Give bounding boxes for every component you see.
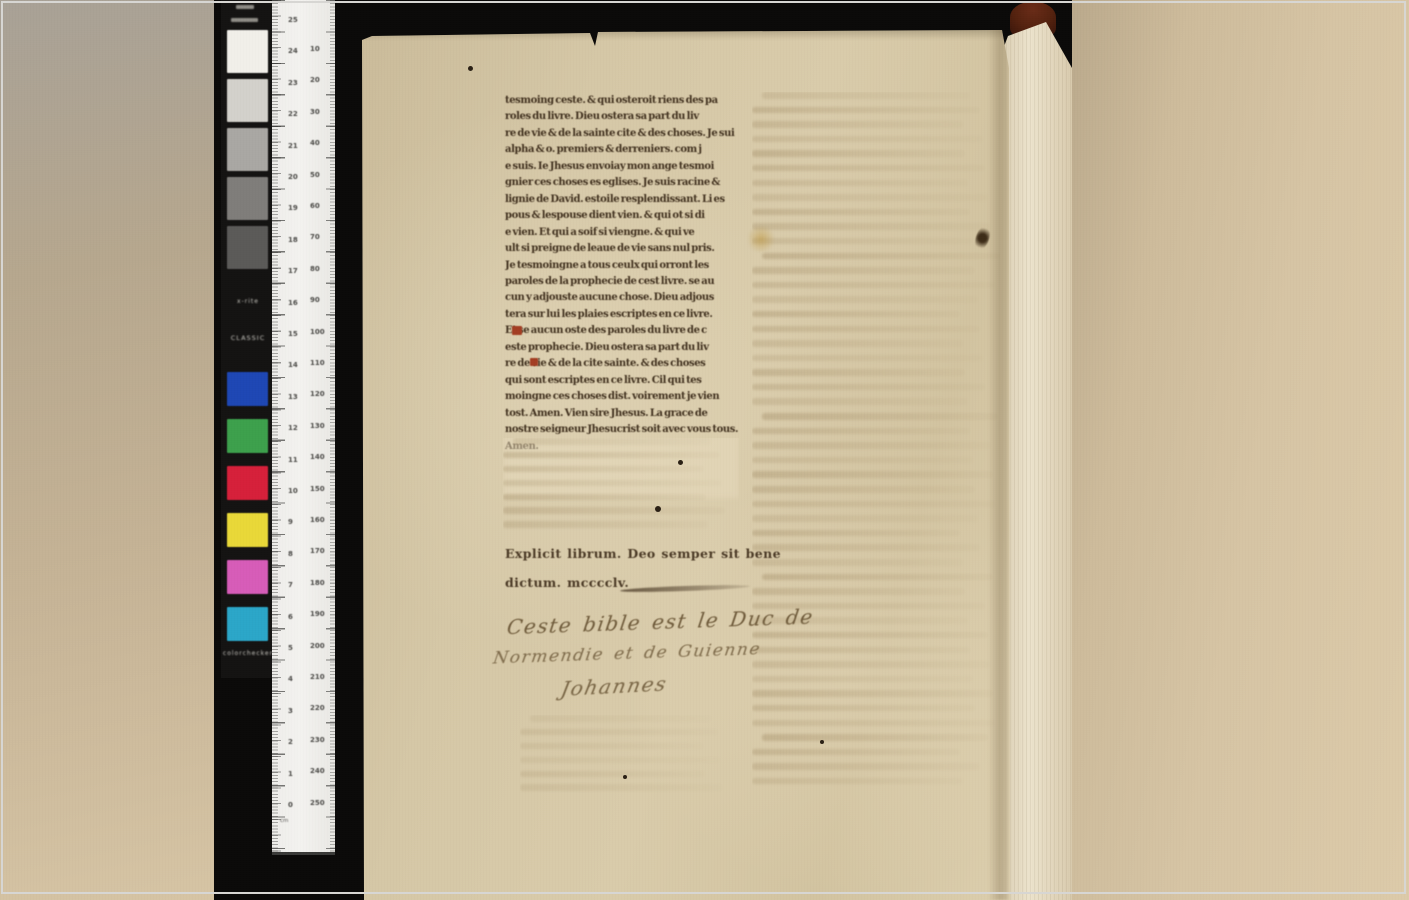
- ghost-text-line: [752, 384, 985, 391]
- calibration-top-mark: [236, 5, 254, 9]
- ruler-cm-number: 25: [288, 16, 298, 24]
- ghost-text-line: [520, 743, 703, 750]
- ruler-mm-number: 90: [310, 296, 320, 304]
- manuscript-text-line: Et se aucun oste des paroles du livre de…: [505, 323, 738, 339]
- manuscript-text-line: ult si preigne de leaue de vie sans nul …: [505, 241, 738, 257]
- color-patch-blue: [227, 372, 268, 406]
- ruler-mm-number: 40: [310, 139, 320, 147]
- ruler-mm-number: 30: [310, 108, 320, 116]
- manuscript-text-line: roles du livre. Dieu ostera sa part du l…: [505, 109, 738, 125]
- ghost-text-line: [752, 442, 990, 449]
- book-fore-edge-pages: [1002, 22, 1072, 900]
- ghost-text-line: [503, 480, 722, 487]
- ruler-cm-number: 9: [288, 518, 293, 526]
- ruler-mm-number: 60: [310, 202, 320, 210]
- manuscript-text-line: qui sont escriptes en ce livre. Cil qui …: [505, 373, 738, 389]
- showthrough-text-column: [752, 92, 1000, 800]
- calibration-label-brand: x-rite: [221, 298, 275, 305]
- ghost-text-line: [503, 494, 706, 501]
- ghost-text-line: [752, 471, 993, 478]
- ruler-mm-number: 150: [310, 485, 325, 493]
- ghost-text-line: [752, 486, 975, 493]
- ghost-text-line: [503, 507, 725, 514]
- ghost-text-line: [752, 326, 980, 333]
- ruler-cm-number: 15: [288, 330, 298, 338]
- ghost-text-line: [762, 253, 1000, 260]
- ruler-cm-number: 5: [288, 644, 293, 652]
- ruler-mm-number: 220: [310, 704, 325, 712]
- ruler-mm-number: 240: [310, 767, 325, 775]
- ruler-mm-number: 200: [310, 642, 325, 650]
- ruler-cm-number: 17: [288, 267, 298, 275]
- ghost-text-line: [752, 165, 985, 172]
- ruler-cm-number: 2: [288, 738, 293, 746]
- ghost-text-line: [752, 763, 980, 770]
- gray-patch-4: [227, 226, 268, 269]
- background-left-panel: [0, 0, 218, 900]
- ghost-text-line: [752, 107, 980, 114]
- ruler-cm-number: 23: [288, 79, 298, 87]
- photographic-ruler: 2524232221201918171615141312111098765432…: [272, 0, 335, 855]
- manuscript-text-line: tera sur lui les plaies escriptes en ce …: [505, 307, 738, 323]
- manuscript-text-line: este prophecie. Dieu ostera sa part du l…: [505, 340, 738, 356]
- ghost-text-line: [752, 267, 975, 274]
- ghost-text-line: [752, 515, 978, 522]
- gray-patch-3: [227, 177, 268, 220]
- ghost-text-line: [752, 690, 993, 697]
- ruler-cm-number: 3: [288, 707, 293, 715]
- ghost-text-line: [752, 369, 965, 376]
- ghost-text-line: [752, 778, 963, 785]
- ink-dot: [468, 66, 473, 71]
- ruler-mm-number: 160: [310, 516, 325, 524]
- manuscript-text-line: nostre seigneur Jhesucrist soit avec vou…: [505, 422, 738, 438]
- manuscript-text-line: tesmoing ceste. & qui osteroit riens des…: [505, 93, 738, 109]
- ghost-text-line: [752, 559, 963, 566]
- ghost-text-line: [752, 282, 995, 289]
- ruler-unit-label: cm: [280, 818, 288, 824]
- color-patch-yellow: [227, 513, 268, 547]
- ruler-mm-number: 70: [310, 233, 320, 241]
- manuscript-text-block: tesmoing ceste. & qui osteroit riens des…: [505, 93, 738, 455]
- ruler-cm-number: 1: [288, 770, 293, 778]
- ruler-cm-number: 16: [288, 299, 298, 307]
- ruler-mm-number: 210: [310, 673, 325, 681]
- ghost-text-line: [530, 715, 711, 722]
- ruler-cm-number: 20: [288, 173, 298, 181]
- parchment-page: tesmoing ceste. & qui osteroit riens des…: [362, 26, 1010, 900]
- ruler-cm-number: 6: [288, 613, 293, 621]
- ruler-cm-number: 14: [288, 361, 298, 369]
- ruler-mm-number: 230: [310, 736, 325, 744]
- ruler-cm-number: 12: [288, 424, 298, 432]
- ruler-cm-number: 24: [288, 47, 298, 55]
- ruler-mm-number: 110: [310, 359, 325, 367]
- signature-johannes: Johannes: [559, 671, 670, 700]
- ruler-cm-number: 21: [288, 142, 298, 150]
- colophon-line-1: Explicit librum. Deo semper sit bene: [505, 546, 735, 561]
- ghost-text-line: [752, 121, 963, 128]
- ruler-cm-number: 11: [288, 456, 298, 464]
- background-right-panel: [1066, 0, 1409, 900]
- ownership-inscription-line-2: Normendie et de Guienne: [492, 639, 763, 668]
- gray-patch-2: [227, 128, 268, 171]
- ghost-text-line: [752, 296, 978, 303]
- ink-dot: [678, 460, 683, 465]
- manuscript-text-line: paroles de la prophecie de cest livre. s…: [505, 274, 738, 290]
- manuscript-text-line: re de vie & de la sainte cite & des chos…: [505, 126, 738, 142]
- manuscript-text-line: tost. Amen. Vien sire Jhesus. La grace d…: [505, 406, 738, 422]
- color-patch-magenta: [227, 560, 268, 594]
- ghost-text-line: [752, 705, 975, 712]
- manuscript-text-line: gnier ces choses es eglises. Je suis rac…: [505, 175, 738, 191]
- ghost-text-line: [752, 544, 980, 551]
- ruler-mm-number: 130: [310, 422, 325, 430]
- ruler-mm-number: 180: [310, 579, 325, 587]
- ruler-mm-number: 190: [310, 610, 325, 618]
- ghost-text-line: [503, 466, 704, 473]
- ruler-cm-number: 13: [288, 393, 298, 401]
- ghost-text-line: [762, 734, 988, 741]
- ghost-text-line: [752, 194, 988, 201]
- ruler-mm-number: 10: [310, 45, 320, 53]
- ghost-text-line: [752, 676, 973, 683]
- ghost-text-line: [752, 209, 970, 216]
- ghost-text-line: [520, 784, 722, 791]
- ghost-text-line: [752, 457, 973, 464]
- ruler-mm-number: 80: [310, 265, 320, 273]
- ruler-mm-number: 250: [310, 799, 325, 807]
- manuscript-text-line: Je tesmoingne a tous ceulx qui orront le…: [505, 258, 738, 274]
- ink-dot: [623, 775, 627, 779]
- ghost-text-line: [762, 413, 998, 420]
- manuscript-text-line: pous & lespouse dient vien. & qui ot si …: [505, 208, 738, 224]
- ghost-text-line: [752, 311, 960, 318]
- ruler-major-ticks-left: [272, 0, 285, 852]
- color-patches: [227, 372, 268, 654]
- ruler-mm-number: 120: [310, 390, 325, 398]
- manuscript-text-line: alpha & o. premiers & derreniers. com j: [505, 142, 738, 158]
- ruler-major-ticks-right: [326, 0, 335, 852]
- manuscript-text-line: moingne ces choses dist. voirement je vi…: [505, 389, 738, 405]
- rubric-mark: [530, 358, 538, 366]
- ghost-text-line: [752, 136, 983, 143]
- ghost-text-line: [752, 150, 965, 157]
- ghost-text-line: [503, 452, 720, 459]
- gray-patch-0: [227, 30, 268, 73]
- showthrough-text-bottom: [520, 715, 735, 811]
- ruler-mm-number: 20: [310, 76, 320, 84]
- ruler-mm-number: 170: [310, 547, 325, 555]
- ghost-text-line: [752, 398, 968, 405]
- ruler-cm-number: 19: [288, 204, 298, 212]
- gray-patch-1: [227, 79, 268, 122]
- ghost-text-line: [520, 729, 718, 736]
- ink-dot: [655, 506, 661, 512]
- ghost-text-line: [520, 757, 720, 764]
- grayscale-patches: [227, 30, 268, 275]
- ruler-cm-number: 18: [288, 236, 298, 244]
- ruler-cm-number: 8: [288, 550, 293, 558]
- ghost-text-line: [762, 574, 993, 581]
- ghost-text-line: [752, 428, 970, 435]
- manuscript-text-line: e suis. Ie Jhesus envoiay mon ange tesmo…: [505, 159, 738, 175]
- ruler-cm-number: 0: [288, 801, 293, 809]
- ghost-text-line: [520, 771, 705, 778]
- ghost-text-line: [752, 223, 990, 230]
- manuscript-text-line: cun y adjouste aucune chose. Dieu adjous: [505, 290, 738, 306]
- ink-dot: [820, 740, 824, 744]
- manuscript-text-line: lignie de David. estoile resplendissant.…: [505, 192, 738, 208]
- ghost-text-line: [752, 180, 968, 187]
- ruler-cm-number: 22: [288, 110, 298, 118]
- yellow-stain: [746, 226, 776, 252]
- ghost-text-line: [752, 647, 970, 654]
- ghost-text-line: [752, 355, 983, 362]
- ruler-mm-number: 140: [310, 453, 325, 461]
- calibration-top-mark: [231, 18, 258, 22]
- manuscript-photograph: x-rite CLASSIC colorchecker 252423222120…: [0, 0, 1409, 900]
- ghost-text-line: [762, 92, 970, 99]
- ghost-text-line: [752, 588, 965, 595]
- ghost-text-line: [752, 501, 995, 508]
- color-patch-green: [227, 419, 268, 453]
- calibration-label-classic: CLASSIC: [221, 334, 275, 342]
- ghost-text-line: [752, 238, 973, 245]
- ruler-scale: 2524232221201918171615141312111098765432…: [272, 0, 335, 852]
- color-patch-red: [227, 466, 268, 500]
- showthrough-text-left: [503, 438, 739, 538]
- ruler-mm-number: 100: [310, 328, 325, 336]
- ruler-mm-number: 50: [310, 171, 320, 179]
- ruler-cm-number: 7: [288, 581, 293, 589]
- rubric-mark: [512, 326, 522, 335]
- ruler-cm-number: 10: [288, 487, 298, 495]
- ruler-cm-number: 4: [288, 675, 293, 683]
- manuscript-text-line: re de vie & de la cite sainte. & des cho…: [505, 356, 738, 372]
- ghost-text-line: [752, 749, 960, 756]
- ghost-text-line: [752, 661, 990, 668]
- ghost-text-line: [513, 438, 711, 445]
- ghost-text-line: [752, 632, 988, 639]
- ghost-text-line: [503, 521, 708, 528]
- ghost-text-line: [752, 530, 960, 537]
- color-patch-cyan: [227, 607, 268, 641]
- ghost-text-line: [752, 720, 995, 727]
- ghost-text-line: [752, 340, 963, 347]
- manuscript-text-line: e vien. Et qui a soif si viengne. & qui …: [505, 225, 738, 241]
